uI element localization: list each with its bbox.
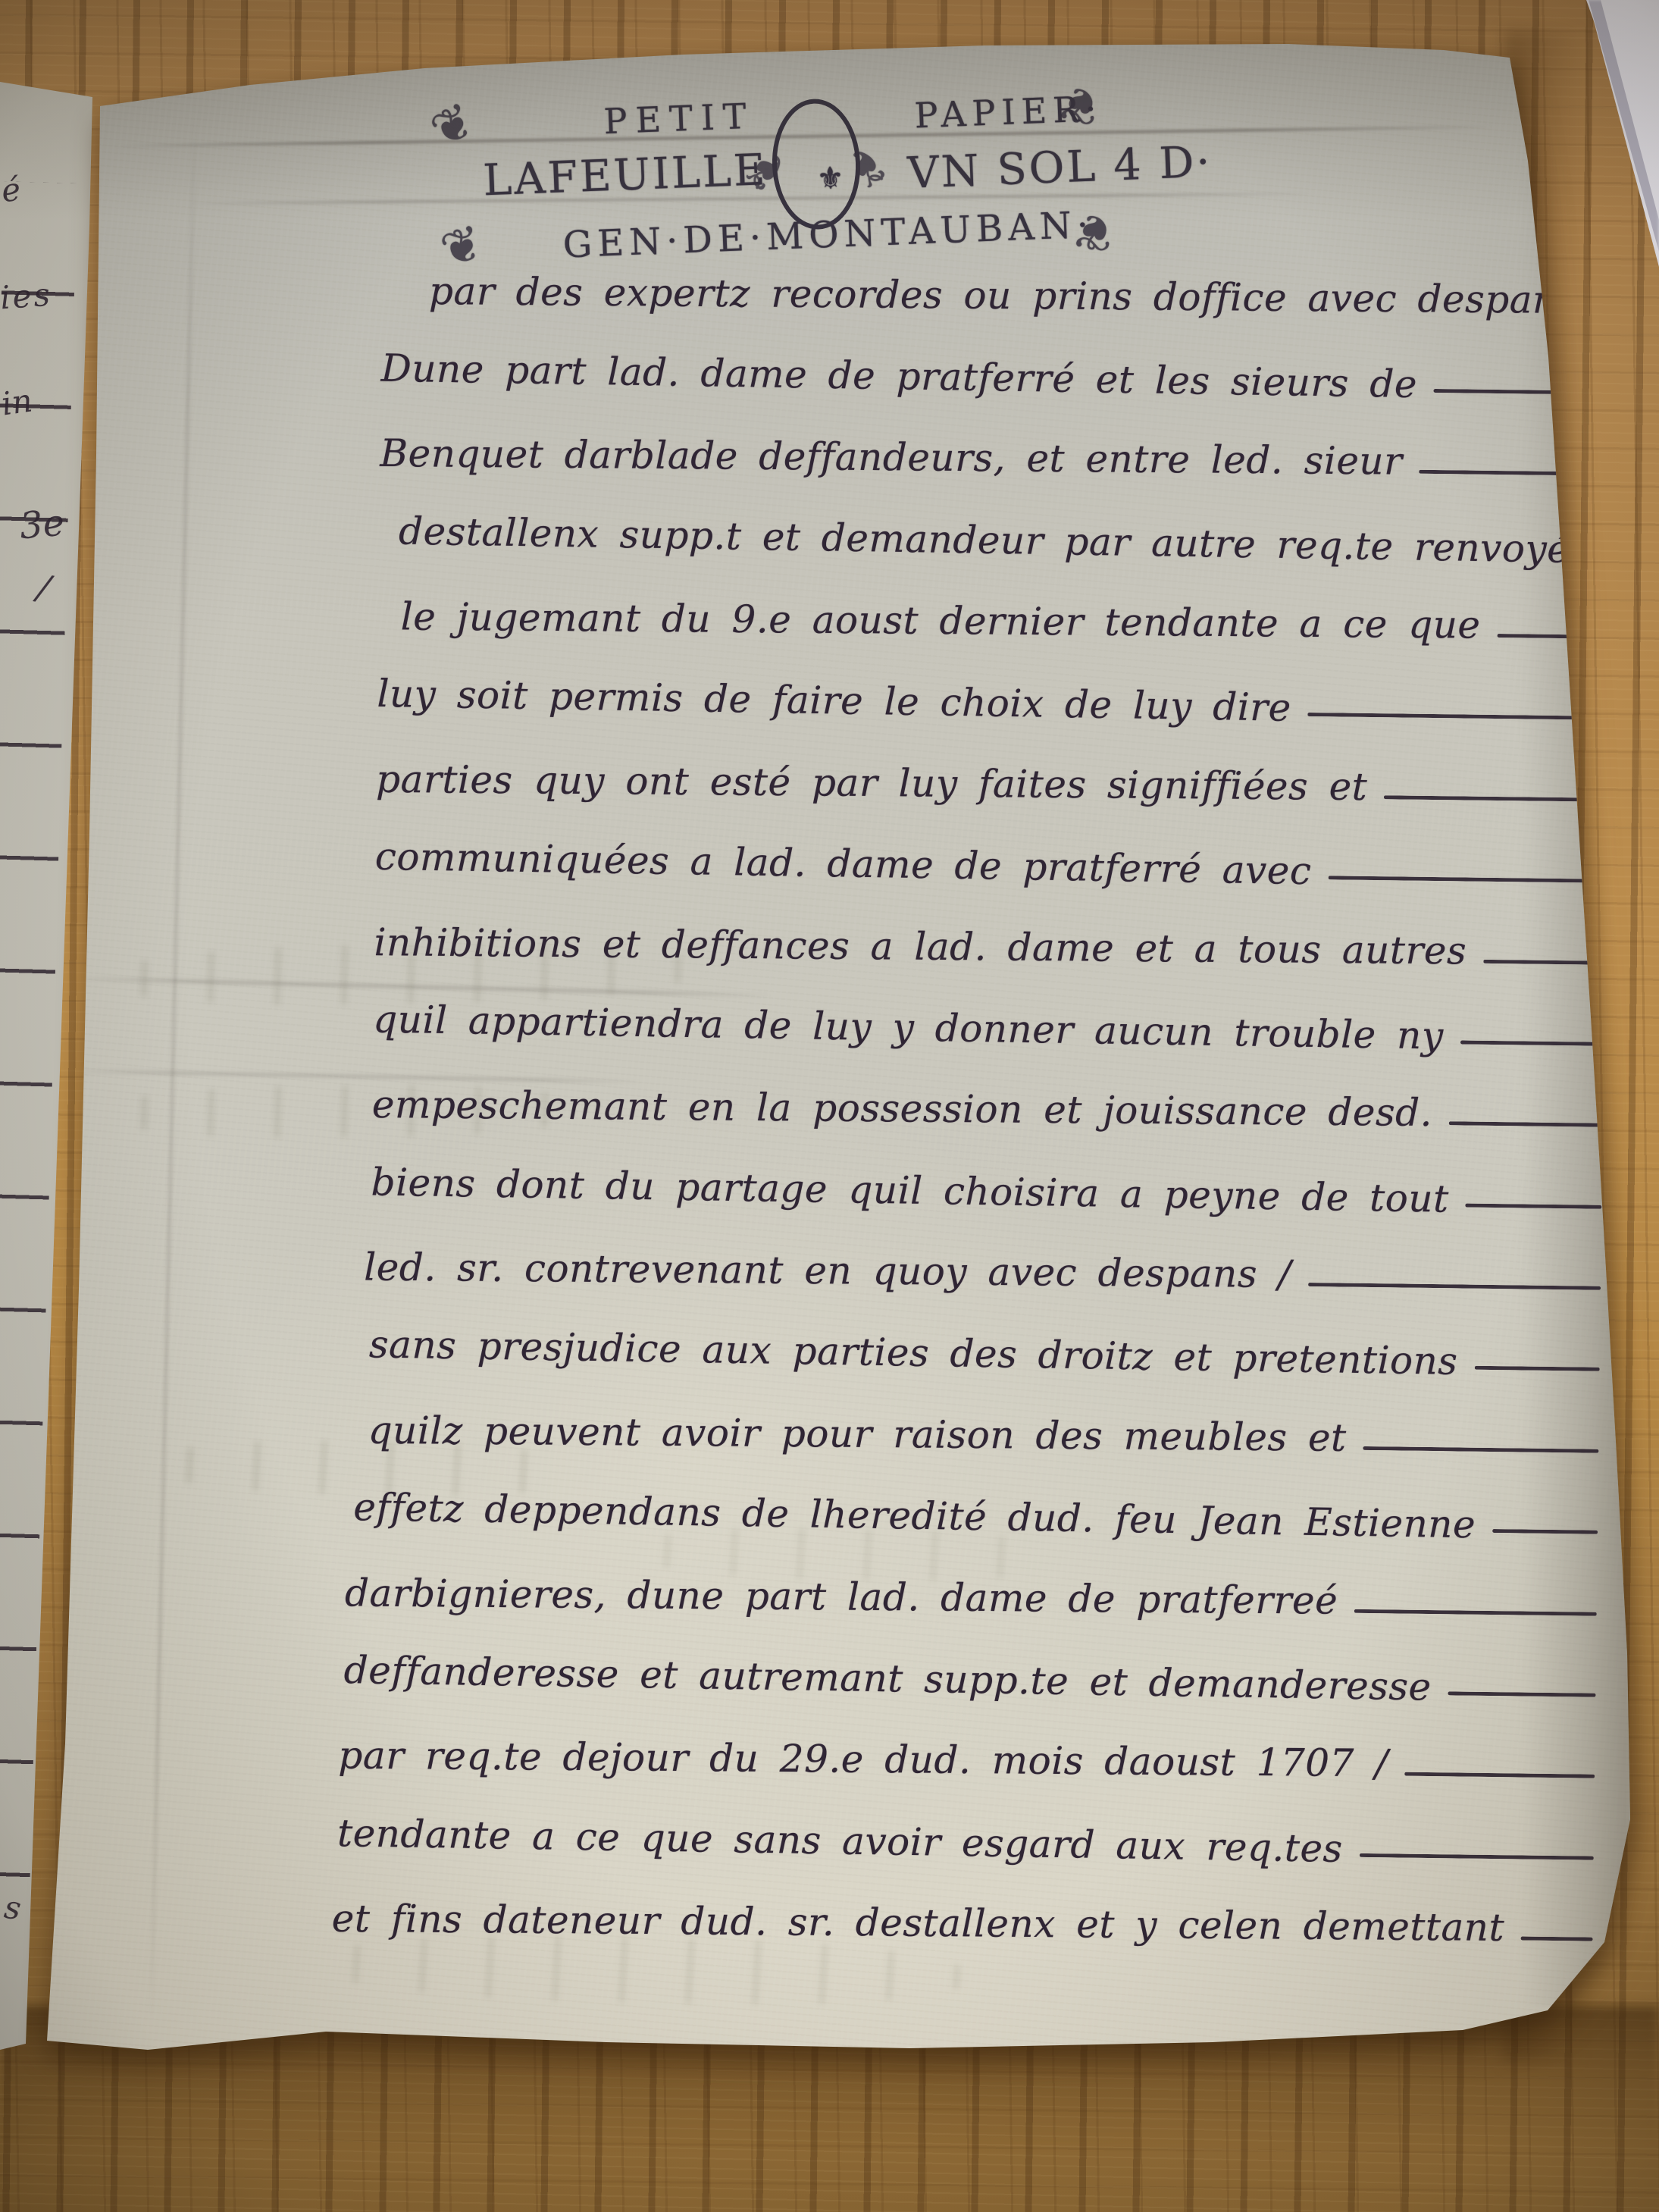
manuscript-line: Benquet darblade deffandeurs, et entre l… bbox=[380, 392, 1614, 488]
manuscript-line-text: le jugemant du 9.e aoust dernier tendant… bbox=[401, 594, 1481, 647]
manuscript-line-text: et fins dateneur dud. sr. destallenx et … bbox=[332, 1897, 1505, 1950]
line-filler-dash bbox=[1384, 795, 1607, 802]
manuscript-line: parties quy ont esté par luy faites sign… bbox=[376, 717, 1610, 813]
line-filler-dash bbox=[1354, 1609, 1597, 1615]
stamp-ornament-icon: ❦ bbox=[422, 92, 484, 160]
manuscript-line: effetz deppendans de lheredité dud. feu … bbox=[353, 1450, 1601, 1546]
manuscript-line: sans presjudice aux parties des droitz e… bbox=[369, 1287, 1604, 1383]
stamp-word-vn-sol-4d: VN SOL 4 D· bbox=[906, 137, 1213, 199]
manuscript-line: Dune part lad. dame de pratferré et les … bbox=[380, 310, 1615, 406]
line-filler-dash bbox=[1363, 1446, 1598, 1453]
manuscript-line: deffanderesse et autremant supp.te et de… bbox=[343, 1612, 1599, 1709]
line-filler-dash bbox=[1460, 1040, 1604, 1045]
manuscript-line: quilz peuvent avoir pour raison des meub… bbox=[368, 1368, 1602, 1465]
line-filler-dash bbox=[1328, 876, 1605, 882]
stamp-word-petit: PETIT bbox=[603, 96, 756, 143]
paper-fold-crease bbox=[149, 114, 196, 2023]
manuscript-line: luy soit permis de faire le choix de luy… bbox=[377, 636, 1611, 732]
manuscript-line-text: par req.te dejour du 29.e dud. mois daou… bbox=[338, 1734, 1388, 1786]
manuscript-sheet: ❦ ❦ ❦ ❦ PETIT PAPIER· LAFEUILLE VN SOL 4… bbox=[0, 0, 1659, 2212]
manuscript-line: communiquées a lad. dame de pratferré av… bbox=[375, 799, 1610, 895]
manuscript-line-text: parties quy ont esté par luy faites sign… bbox=[376, 757, 1368, 809]
manuscript-line-text: Benquet darblade deffandeurs, et entre l… bbox=[380, 431, 1403, 484]
line-filler-dash bbox=[1434, 389, 1612, 395]
line-filler-dash bbox=[1308, 1283, 1601, 1290]
line-filler-dash bbox=[1497, 634, 1608, 639]
handwritten-text-block: par des expertz recordes ou prins doffic… bbox=[362, 229, 1616, 1954]
line-filler-dash bbox=[1448, 1691, 1596, 1697]
stamp-word-papier: PAPIER· bbox=[914, 88, 1103, 136]
line-filler-dash bbox=[1308, 713, 1608, 720]
manuscript-line-text: inhibitions et deffances a lad. dame et … bbox=[374, 920, 1466, 973]
manuscript-line-text: led. sr. contrevenant en quoy avec despa… bbox=[364, 1245, 1291, 1297]
manuscript-line: destallenx supp.t et demandeur par autre… bbox=[399, 473, 1614, 569]
line-filler-dash bbox=[1360, 1853, 1594, 1860]
manuscript-line-text: empeschemant en la possession et jouissa… bbox=[372, 1083, 1433, 1135]
manuscript-line: tendante a ce que sans avoir esgard aux … bbox=[337, 1775, 1598, 1872]
line-filler-dash bbox=[1474, 1366, 1599, 1371]
line-filler-dash bbox=[1594, 309, 1614, 313]
line-filler-dash bbox=[1521, 1937, 1593, 1941]
line-filler-dash bbox=[1492, 1529, 1598, 1534]
stamp-word-lafeuille: LAFEUILLE bbox=[482, 145, 768, 205]
manuscript-line: par des expertz recordes ou prins doffic… bbox=[429, 230, 1617, 326]
manuscript-line: quil appartiendra de luy y donner aucun … bbox=[373, 961, 1607, 1057]
line-filler-dash bbox=[1483, 959, 1604, 964]
manuscript-line-text: quilz peuvent avoir pour raison des meub… bbox=[368, 1408, 1346, 1460]
fleur-de-lis-icon: ⚜ bbox=[816, 163, 844, 194]
line-filler-dash bbox=[1609, 553, 1629, 557]
manuscript-line: inhibitions et deffances a lad. dame et … bbox=[374, 880, 1608, 976]
manuscript-line: et fins dateneur dud. sr. destallenx et … bbox=[331, 1856, 1596, 1954]
manuscript-line: biens dont du partage quil choisira a pe… bbox=[371, 1124, 1605, 1220]
manuscript-line-text: darbignieres, dune part lad. dame de pra… bbox=[345, 1571, 1338, 1622]
palm-branch-icon: ❧ bbox=[725, 133, 806, 210]
manuscript-sheet-wrap: ❦ ❦ ❦ ❦ PETIT PAPIER· LAFEUILLE VN SOL 4… bbox=[0, 0, 1659, 2212]
stamp-royal-arms-shield: ❧ ❧ ⚜ ⚜ ⚜ bbox=[770, 97, 863, 230]
line-filler-dash bbox=[1419, 470, 1610, 476]
line-filler-dash bbox=[1449, 1122, 1603, 1127]
line-filler-dash bbox=[1466, 1203, 1602, 1208]
photo-of-manuscript: é ies in 3e / s ❦ ❦ ❦ ❦ PETIT PAP bbox=[0, 0, 1659, 2212]
line-filler-dash bbox=[1404, 1772, 1595, 1778]
